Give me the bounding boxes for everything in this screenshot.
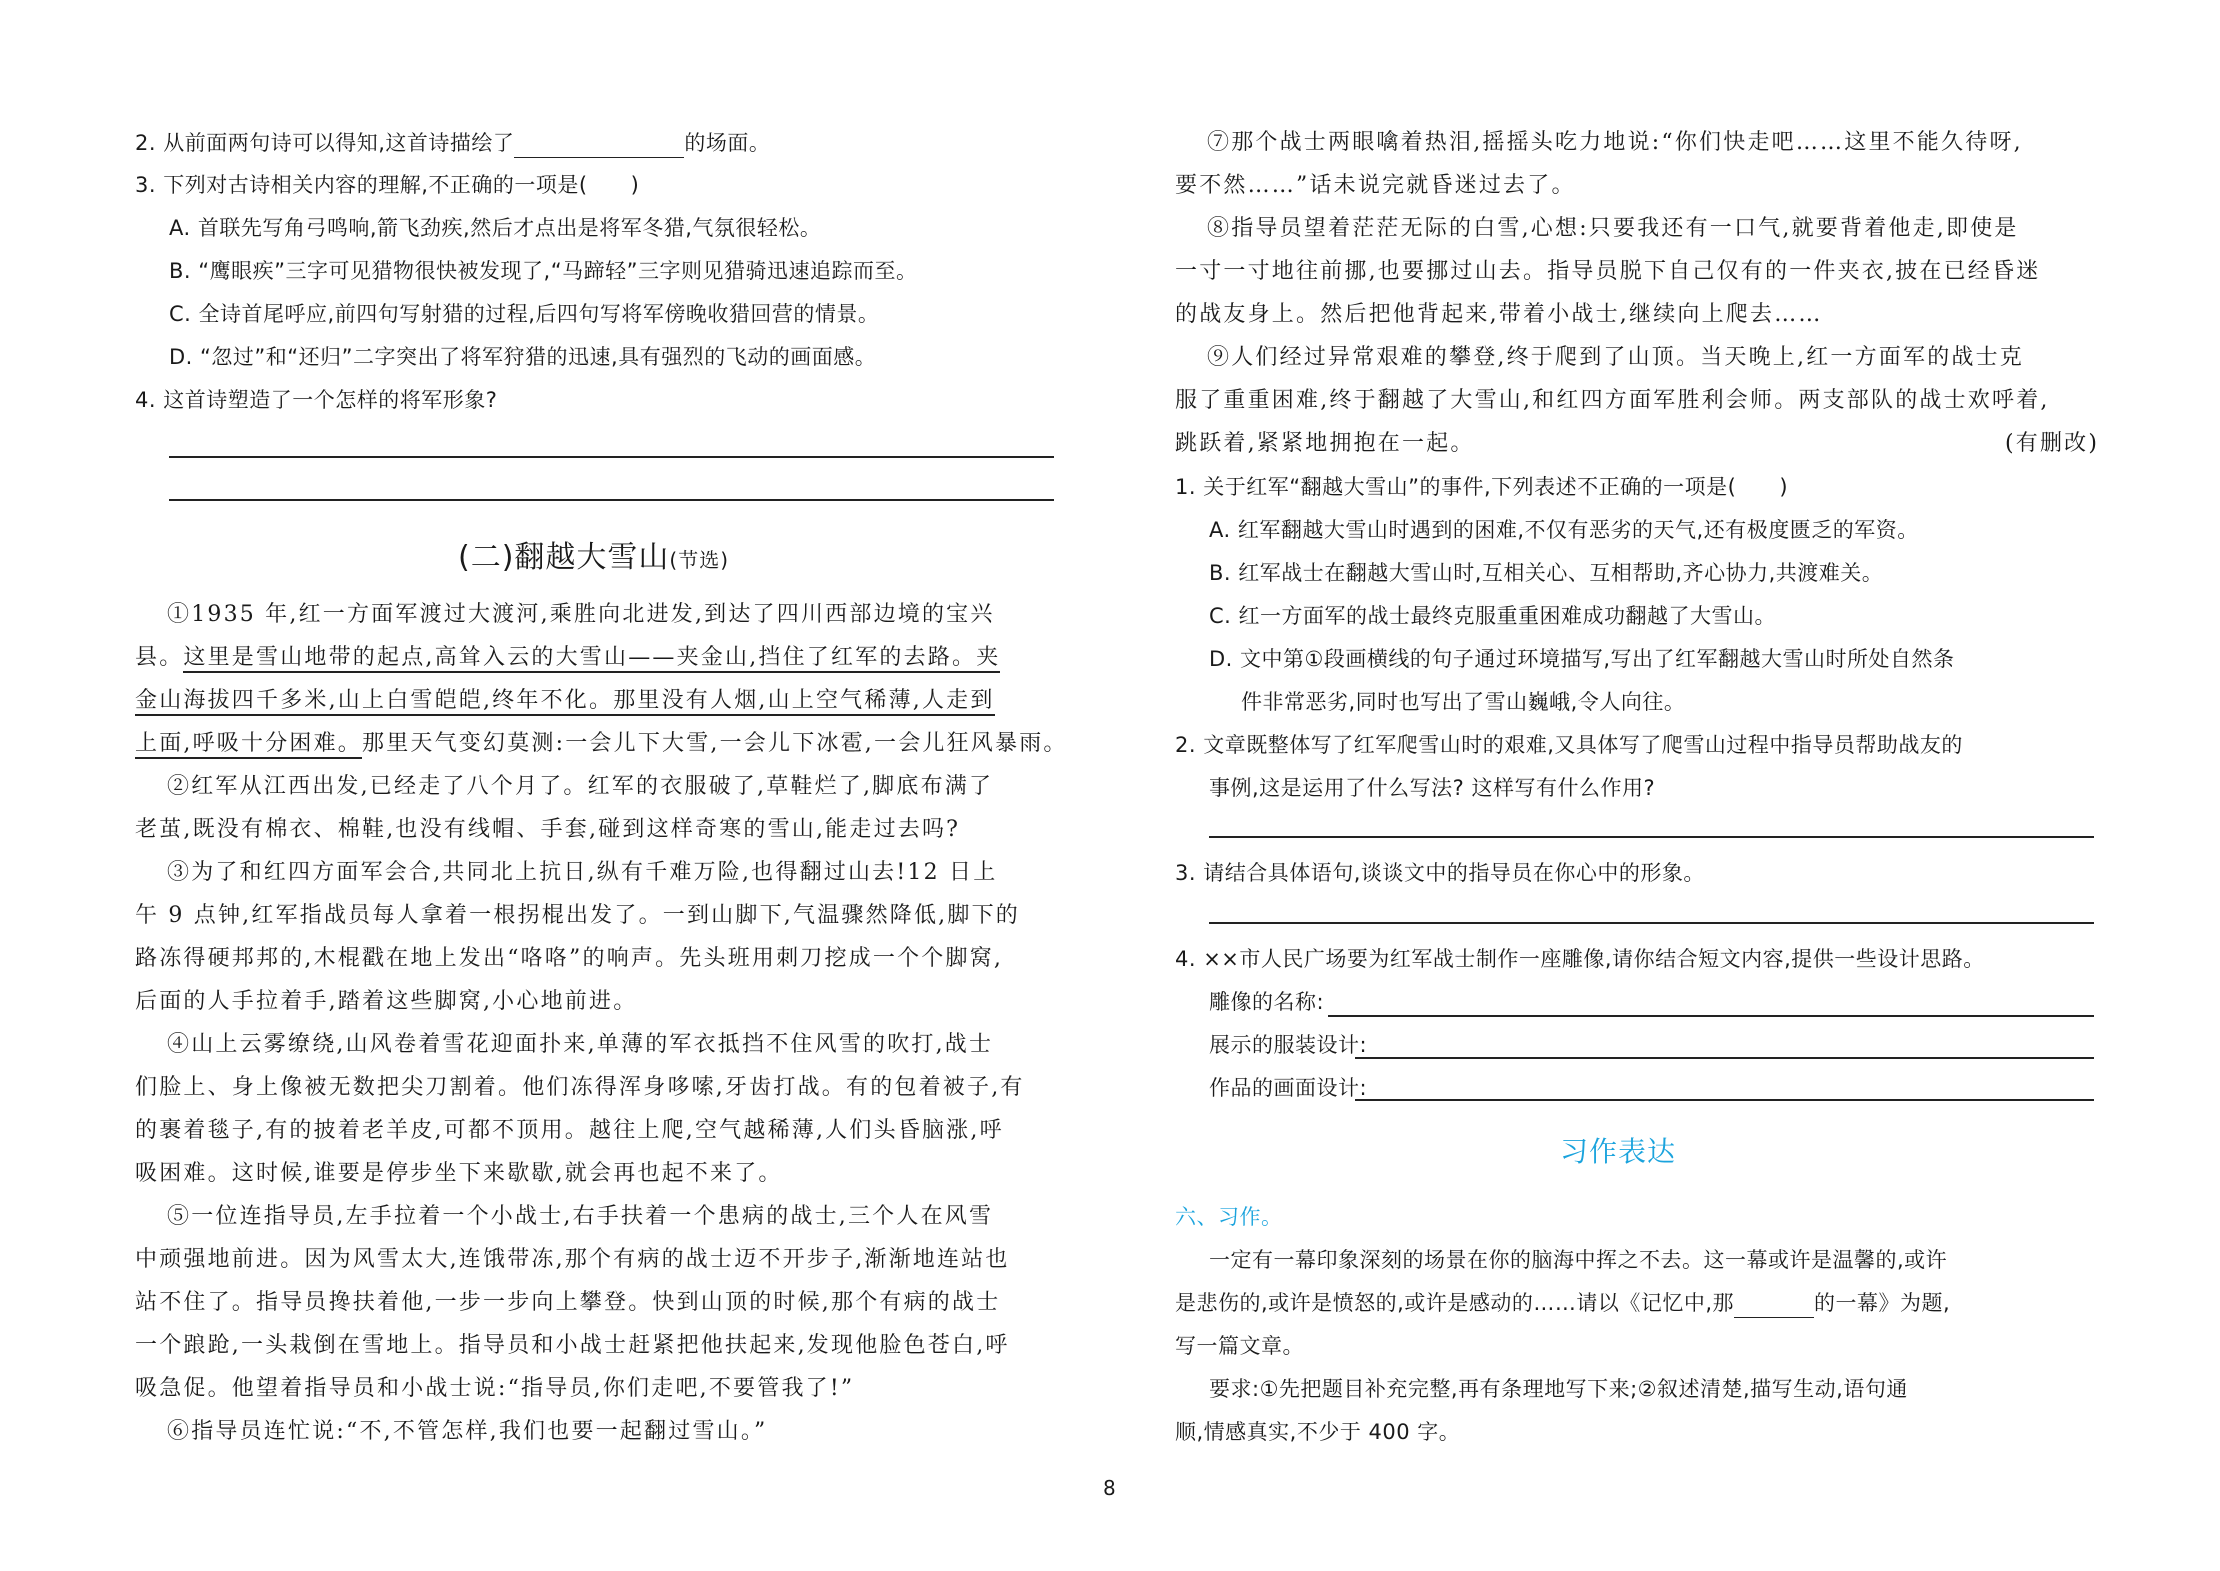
passage-line: 跳跃着,紧紧地拥抱在一起。 [1175,429,1475,459]
page-number: 8 [1103,1476,1116,1500]
passage-line: 一寸一寸地往前挪,也要挪过山去。指导员脱下自己仅有的一件夹衣,披在已经昏迷 [1175,257,2040,287]
source-note: (有删改) [2005,429,2099,459]
answer-blank[interactable] [514,135,684,158]
passage-line: ④山上云雾缭绕,山风卷着雪花迎面扑来,单薄的军衣抵挡不住风雪的吹打,战士 [167,1030,993,1060]
field-statue-name-label: 雕像的名称: [1209,987,1324,1017]
passage-line: ⑥指导员连忙说:“不,不管怎样,我们也要一起翻过雪山。” [167,1417,768,1447]
passage-line: ⑦那个战士两眼噙着热泪,摇摇头吃力地说:“你们快走吧……这里不能久待呀, [1207,128,2023,158]
passage-line: ⑤一位连指导员,左手拉着一个小战士,右手扶着一个患病的战士,三个人在风雪 [167,1202,993,1232]
field-costume-line[interactable] [1355,1057,2094,1059]
task-requirement: 顺,情感真实,不少于 400 字。 [1175,1417,1460,1447]
passage-title: (二)翻越大雪山(节选) [458,532,729,576]
title-blank[interactable] [1734,1295,1814,1318]
section-title: 习作表达 [1560,1130,1676,1170]
passage-line: 午 9 点钟,红军指战员每人拿着一根拐棍出发了。一到山脚下,气温骤然降低,脚下的 [135,901,1020,931]
passage-line: 路冻得硬邦邦的,木棍戳在地上发出“咯咯”的响声。先头班用刺刀挖成一个个脚窝, [135,944,1003,974]
passage-line: ⑨人们经过异常艰难的攀登,终于爬到了山顶。当天晚上,红一方面军的战士克 [1207,343,2024,373]
passage-line: 后面的人手拉着手,踏着这些脚窝,小心地前进。 [135,987,637,1017]
question-2-line2: 事例,这是运用了什么写法? 这样写有什么作用? [1209,773,1655,803]
passage-line: 站不住了。指导员搀扶着他,一步一步向上攀登。快到山顶的时候,那个有病的战士 [135,1288,1000,1318]
field-costume-label: 展示的服装设计: [1209,1030,1367,1060]
passage-line: ⑧指导员望着茫茫无际的白雪,心想:只要我还有一口气,就要背着他走,即使是 [1207,214,2019,244]
passage-line: 县。这里是雪山地带的起点,高耸入云的大雪山——夹金山,挡住了红军的去路。夹 [135,643,1000,673]
question-3-option-b[interactable]: B. “鹰眼疾”三字可见猎物很快被发现了,“马蹄轻”三字则见猎骑迅速追踪而至。 [169,256,917,286]
field-statue-name-line[interactable] [1328,1015,2094,1017]
question-3-option-a[interactable]: A. 首联先写角弓鸣响,箭飞劲疾,然后才点出是将军冬猎,气氛很轻松。 [169,213,821,243]
question-3: 3. 请结合具体语句,谈谈文中的指导员在你心中的形象。 [1175,858,1705,888]
question-1-option-d-cont: 件非常恶劣,同时也写出了雪山巍峨,令人向往。 [1241,687,1685,717]
question-3-stem: 3. 下列对古诗相关内容的理解,不正确的一项是( ) [135,170,639,200]
passage-line: 老茧,既没有棉衣、棉鞋,也没有线帽、手套,碰到这样奇寒的雪山,能走过去吗? [135,815,960,845]
passage-line: 的战友身上。然后把他背起来,带着小战士,继续向上爬去…… [1175,300,1823,330]
passage-line: 中顽强地前进。因为风雪太大,连饿带冻,那个有病的战士迈不开步子,渐渐地连站也 [135,1245,1010,1275]
answer-line[interactable] [1209,922,2094,924]
passage-line: 上面,呼吸十分困难。那里天气变幻莫测:一会儿下大雪,一会儿下冰雹,一会儿狂风暴雨… [135,729,1068,759]
underlined-sentence: 金山海拔四千多米,山上白雪皑皑,终年不化。那里没有人烟,山上空气稀薄,人走到 [135,688,995,716]
passage-line: 们脸上、身上像被无数把尖刀割着。他们冻得浑身哆嗦,牙齿打战。有的包着被子,有 [135,1073,1025,1103]
passage-line: 金山海拔四千多米,山上白雪皑皑,终年不化。那里没有人烟,山上空气稀薄,人走到 [135,686,995,716]
question-4-stem: 4. ××市人民广场要为红军战士制作一座雕像,请你结合短文内容,提供一些设计思路… [1175,944,1985,974]
question-1-option-d[interactable]: D. 文中第①段画横线的句子通过环境描写,写出了红军翻越大雪山时所处自然条 [1209,644,1955,674]
passage-line: 吸困难。这时候,谁要是停步坐下来歇歇,就会再也起不来了。 [135,1159,783,1189]
passage-line: ③为了和红四方面军会合,共同北上抗日,纵有千难万险,也得翻过山去!12 日上 [167,858,997,888]
passage-line: 要不然……”话未说完就昏迷过去了。 [1175,171,1576,201]
question-3-option-c[interactable]: C. 全诗首尾呼应,前四句写射猎的过程,后四句写将军傍晚收猎回营的情景。 [169,299,879,329]
question-1-stem: 1. 关于红军“翻越大雪山”的事件,下列表述不正确的一项是( ) [1175,472,1788,502]
question-4: 4. 这首诗塑造了一个怎样的将军形象? [135,385,497,415]
task-line: 是悲伤的,或许是愤怒的,或许是感动的……请以《记忆中,那的一幕》为题, [1175,1288,1950,1318]
field-scene-line[interactable] [1355,1099,2094,1101]
task-requirement: 要求:①先把题目补充完整,再有条理地写下来;②叙述清楚,描写生动,语句通 [1209,1374,1908,1404]
task-line: 写一篇文章。 [1175,1331,1304,1361]
task-line: 一定有一幕印象深刻的场景在你的脑海中挥之不去。这一幕或许是温馨的,或许 [1209,1245,1947,1275]
question-1-option-c[interactable]: C. 红一方面军的战士最终克服重重困难成功翻越了大雪山。 [1209,601,1776,631]
answer-line[interactable] [169,456,1054,458]
underlined-sentence: 上面,呼吸十分困难。 [135,731,362,759]
answer-line[interactable] [169,499,1054,501]
question-3-option-d[interactable]: D. “忽过”和“还归”二字突出了将军狩猎的迅速,具有强烈的飞动的画面感。 [169,342,876,372]
passage-line: 的裹着毯子,有的披着老羊皮,可都不顶用。越往上爬,空气越稀薄,人们头昏脑涨,呼 [135,1116,1004,1146]
underlined-sentence: 这里是雪山地带的起点,高耸入云的大雪山——夹金山,挡住了红军的去路。夹 [183,645,1000,673]
question-2-line1: 2. 文章既整体写了红军爬雪山时的艰难,又具体写了爬雪山过程中指导员帮助战友的 [1175,730,1963,760]
passage-line: 一个踉跄,一头栽倒在雪地上。指导员和小战士赶紧把他扶起来,发现他脸色苍白,呼 [135,1331,1010,1361]
passage-line: 服了重重困难,终于翻越了大雪山,和红四方面军胜利会师。两支部队的战士欢呼着, [1175,386,2050,416]
question-1-option-b[interactable]: B. 红军战士在翻越大雪山时,互相关心、互相帮助,齐心协力,共渡难关。 [1209,558,1883,588]
question-1-option-a[interactable]: A. 红军翻越大雪山时遇到的困难,不仅有恶劣的天气,还有极度匮乏的军资。 [1209,515,1919,545]
question-2: 2. 从前面两句诗可以得知,这首诗描绘了的场面。 [135,128,770,158]
field-scene-label: 作品的画面设计: [1209,1073,1367,1103]
task-label: 六、习作。 [1175,1202,1283,1232]
passage-line: 吸急促。他望着指导员和小战士说:“指导员,你们走吧,不要管我了!” [135,1374,854,1404]
passage-line: ①1935 年,红一方面军渡过大渡河,乘胜向北进发,到达了四川西部边境的宝兴 [167,600,995,630]
passage-line: ②红军从江西出发,已经走了八个月了。红军的衣服破了,草鞋烂了,脚底布满了 [167,772,993,802]
answer-line[interactable] [1209,836,2094,838]
